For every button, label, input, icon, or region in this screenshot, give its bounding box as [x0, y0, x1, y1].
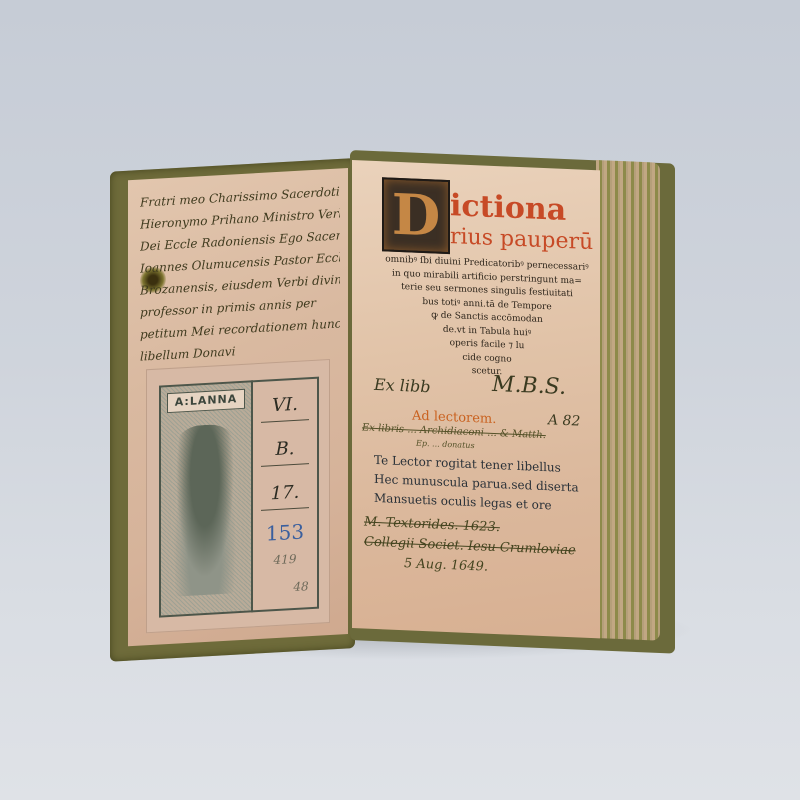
title-line-2: rius pauperū	[450, 224, 593, 255]
title-page: D ictiona rius pauperū omnibꝰ ſbi diuini…	[352, 160, 600, 638]
page-fore-edge	[596, 160, 660, 641]
divider	[261, 463, 309, 467]
handwritten-ex-libris: Ex libb	[374, 375, 431, 396]
left-pastedown-page: Fratri meo Charissimo Sacerdoti Hieronym…	[128, 168, 348, 646]
initial-letter: D	[384, 179, 448, 252]
divider	[261, 419, 309, 423]
shelf-mark-row: VI.	[253, 393, 317, 418]
title-line-1: ictiona	[450, 188, 566, 228]
shelf-mark-panel: VI. B. 17. 153 419 48	[251, 377, 319, 613]
pencil-mark: 48	[269, 578, 333, 596]
cherub-with-shield-image	[171, 423, 239, 597]
pencil-mark: 419	[253, 551, 317, 569]
bookplate-owner-label: A:LANNA	[167, 389, 245, 413]
handwritten-monogram: M.B.S.	[492, 372, 566, 400]
ownership-note-line-2: Ep. ... donatus	[416, 439, 475, 450]
margin-number: A 82	[548, 412, 580, 429]
handwritten-inscription: Fratri meo Charissimo Sacerdoti Hieronym…	[140, 180, 340, 367]
provenance-notes: M. Textorides. 1623. Collegii Societ. Ie…	[364, 513, 576, 582]
bookplate: A:LANNA VI. B. 17. 153 419 48	[146, 359, 330, 633]
shelf-number-blue: 153	[253, 519, 317, 547]
divider	[261, 507, 309, 511]
title-description: omnibꝰ ſbi diuini Predicatoribꝰ perneces…	[380, 253, 594, 383]
decorated-initial: D	[382, 177, 450, 254]
shelf-mark-row: B.	[253, 437, 317, 462]
photo-scene: Fratri meo Charissimo Sacerdoti Hieronym…	[0, 0, 800, 800]
bookplate-illustration: A:LANNA	[159, 380, 253, 617]
shelf-mark-row: 17.	[253, 481, 317, 506]
verse-block: Te Lector rogitat tener libellus Hec mun…	[374, 451, 579, 517]
